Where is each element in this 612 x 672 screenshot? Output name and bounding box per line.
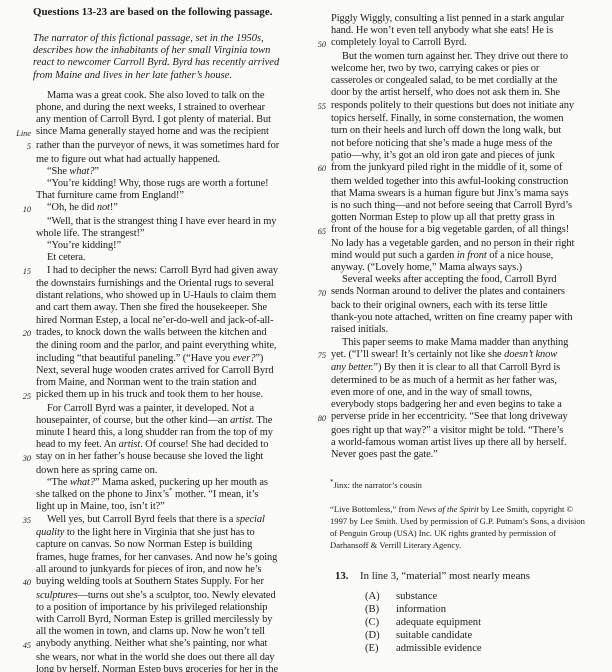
line-number [12, 501, 31, 513]
passage-line: phone, and during the next weeks, I stra… [12, 102, 308, 114]
passage-line: distant relations, who showed up in U-Ha… [12, 290, 308, 302]
line-number [307, 250, 326, 262]
line-number [12, 190, 31, 202]
question-stem: In line 3, “material” most nearly means [360, 570, 530, 582]
line-text: Several weeks after accepting the food, … [326, 274, 557, 286]
choice-label: (A) [365, 590, 396, 603]
line-text: door by the artist herself, who does not… [326, 87, 560, 99]
line-number: 55 [307, 100, 326, 114]
passage-line: hand. He won’t even tell anybody what sh… [307, 25, 610, 37]
choice-label: (B) [365, 603, 396, 616]
passage-line: anyway. (“Lovely home,” Mama always says… [307, 262, 610, 274]
passage-line: housepainter, of course, but the other k… [12, 415, 308, 427]
line-number: 25 [12, 389, 31, 403]
choice-label: (E) [365, 642, 396, 655]
passage-line: Piggly Wiggly, consulting a list penned … [307, 13, 610, 25]
line-text: determined to be as much of a hermit as … [326, 375, 557, 387]
line-text: she wears, nor what in the world she doe… [31, 652, 275, 664]
line-number [307, 425, 326, 437]
line-text: whole life. The strangest!” [31, 228, 144, 240]
passage-line: 55responds politely to their questions b… [307, 100, 610, 114]
passage-lines-left: Mama was a great cook. She also loved to… [12, 90, 308, 672]
passage-line: But the women turn against her. They dri… [307, 51, 610, 63]
line-number [12, 564, 31, 576]
passage-line: any better.”) By then it is clear to all… [307, 362, 610, 374]
line-text: raised initials. [326, 324, 388, 336]
line-number [12, 353, 31, 365]
passage-line: Several weeks after accepting the food, … [307, 274, 610, 286]
passage-line: me to figure out what had actually happe… [12, 154, 308, 166]
line-number: 75 [307, 349, 326, 363]
line-number [307, 262, 326, 274]
choice-text: adequate equipment [396, 616, 481, 629]
passage-line: “She what?” [12, 166, 308, 178]
line-number [12, 527, 31, 539]
passage-line: quality to the light here in Virginia th… [12, 527, 308, 539]
passage-line: goes right up that way?” a visitor might… [307, 425, 610, 437]
line-number [12, 315, 31, 327]
line-text: a world-famous woman artist lives up the… [326, 437, 566, 449]
line-text: thank-you note attached, written on fine… [326, 312, 572, 324]
line-text: housepainter, of course, but the other k… [31, 415, 272, 427]
line-number [12, 365, 31, 377]
line-number: 35 [12, 514, 31, 528]
passage-line: to a position of importance by his privi… [12, 602, 308, 614]
passage-line: patio—why, it’s got an old iron gate and… [307, 150, 610, 162]
answer-choice-d: (D)suitable candidate [365, 629, 610, 642]
line-text: from Maine, and Norman went to the train… [31, 377, 256, 389]
line-text: buying welding tools at Southern States … [31, 576, 264, 590]
passage-line: 20trades, to knock down the walls betwee… [12, 327, 308, 341]
line-number [307, 387, 326, 399]
line-number [12, 590, 31, 602]
line-text: even more of one, and in the way of smal… [326, 387, 532, 399]
passage-line: and cart them away. Then she fired the h… [12, 302, 308, 314]
passage-line: 75yet. (“I’ll swear! It’s certainly not … [307, 349, 610, 363]
line-number [12, 228, 31, 240]
passage-line: 45anybody anything. Neither what she’s p… [12, 638, 308, 652]
line-number [12, 154, 31, 166]
line-number [307, 176, 326, 188]
line-text: picked them up in his truck and took the… [31, 389, 263, 403]
line-text: casseroles or congealed salad, to be met… [326, 75, 557, 87]
line-number [12, 465, 31, 477]
line-number [12, 539, 31, 551]
passage-line: hired Norman Estep, a local ne’er-do-wel… [12, 315, 308, 327]
passage-line: 70sends Norman around to deliver the pla… [307, 286, 610, 300]
line-number [307, 300, 326, 312]
citation-line: of Penguin Group (USA) Inc. UK rights gr… [330, 527, 610, 539]
passage-line: mind would put such a garden in front of… [307, 250, 610, 262]
line-text: This paper seems to make Mama madder tha… [326, 337, 568, 349]
line-text: light up in Maine, too, isn’t it?” [31, 501, 165, 513]
line-text: from the junkyard piled right in the mid… [326, 162, 562, 176]
line-text: “She what?” [31, 166, 99, 178]
line-number [12, 626, 31, 638]
passage-line: a world-famous woman artist lives up the… [307, 437, 610, 449]
passage-line: is no such thing—and not before seeing t… [307, 200, 610, 212]
passage-line: back to their original owners, each with… [307, 300, 610, 312]
passage-line: Et cetera. [12, 252, 308, 264]
line-number [12, 602, 31, 614]
passage-line: that Mama swears is a human figure but J… [307, 188, 610, 200]
line-number: 45 [12, 638, 31, 652]
passage-line: turn on their heels and lurch off down t… [307, 125, 610, 137]
line-number [307, 75, 326, 87]
passage-line: 60from the junkyard piled right in the m… [307, 162, 610, 176]
line-number [307, 375, 326, 387]
citation-line: Darhansoff & Verrill Literary Agency. [330, 539, 610, 551]
line-number [307, 188, 326, 200]
line-text: to a position of importance by his privi… [31, 602, 267, 614]
line-text: Well yes, but Carroll Byrd feels that th… [31, 514, 265, 528]
passage-line: not before noticing that she’s made a hu… [307, 138, 610, 150]
line-number: 20 [12, 327, 31, 341]
line-text: completely loyal to Carroll Byrd. [326, 37, 467, 51]
passage-line: with Carroll Byrd, Norman Estep is grill… [12, 614, 308, 626]
intro-line: describes how the inhabitants of her sma… [33, 45, 308, 57]
passage-line: everybody stops badgering her and even b… [307, 399, 610, 411]
passage-line: down here as spring came on. [12, 465, 308, 477]
passage-line: For Carroll Byrd was a painter, it devel… [12, 403, 308, 415]
passage-line: she wears, nor what in the world she doe… [12, 652, 308, 664]
passage-line: all the women in town, and clams up. Now… [12, 626, 308, 638]
line-number [307, 138, 326, 150]
line-text: quality to the light here in Virginia th… [31, 527, 255, 539]
line-text: I had to decipher the news: Carroll Byrd… [31, 265, 278, 279]
passage-line: minute I heard this, a long shudder ran … [12, 427, 308, 439]
answer-choice-e: (E)admissible evidence [365, 642, 610, 655]
line-number [12, 614, 31, 626]
line-text: the dining room and the parlor, and pain… [31, 340, 276, 352]
line-text: since Mama generally stayed home and was… [31, 126, 269, 140]
choice-text: substance [396, 590, 437, 603]
line-number [12, 489, 31, 501]
passage-line: from Maine, and Norman went to the train… [12, 377, 308, 389]
line-number [307, 437, 326, 449]
answer-choice-c: (C)adequate equipment [365, 616, 610, 629]
line-text: distant relations, who showed up in U-Ha… [31, 290, 276, 302]
passage-line: 80perverse pride in her eccentricity. “S… [307, 411, 610, 425]
passage-line: 5rather than the purveyor of news, it wa… [12, 140, 308, 154]
line-number [12, 114, 31, 126]
line-number [307, 87, 326, 99]
passage-line: whole life. The strangest!” [12, 228, 308, 240]
citation-line: 1997 by Lee Smith. Used by permission of… [330, 515, 610, 527]
line-text: perverse pride in her eccentricity. “See… [326, 411, 568, 425]
line-text: trades, to knock down the walls between … [31, 327, 266, 341]
line-number: 60 [307, 162, 326, 176]
line-number [307, 150, 326, 162]
passage-column-right: Piggly Wiggly, consulting a list penned … [307, 5, 610, 655]
choice-text: suitable candidate [396, 629, 472, 642]
passage-line: them welded together into this awful-loo… [307, 176, 610, 188]
line-number [307, 324, 326, 336]
passage-line: gotten Norman Estep to plow up all that … [307, 212, 610, 224]
line-text: But the women turn against her. They dri… [326, 51, 568, 63]
passage-line: determined to be as much of a hermit as … [307, 375, 610, 387]
line-text: rather than the purveyor of news, it was… [31, 140, 279, 154]
passage-line: 30stay on in her father’s house because … [12, 451, 308, 465]
line-number: 10 [12, 202, 31, 216]
line-text: she talked on the phone to Jinx’s* mothe… [31, 489, 258, 501]
line-number: 5 [12, 140, 31, 154]
intro-line: The narrator of this fictional passage, … [33, 33, 308, 45]
choice-label: (C) [365, 616, 396, 629]
passage-line: head to my feet. An artist. Of course! S… [12, 439, 308, 451]
line-number [307, 125, 326, 137]
line-text: the downstairs furnishings and the Orien… [31, 278, 274, 290]
passage-line: frames, huge frames, for her canvases. A… [12, 552, 308, 564]
passage-intro: The narrator of this fictional passage, … [33, 33, 308, 82]
line-number [307, 238, 326, 250]
passage-line: long by herself. Norman Estep buys groce… [12, 664, 308, 672]
intro-line: react to newcomer Carroll Byrd. Byrd has… [33, 57, 308, 69]
line-number [12, 664, 31, 672]
line-text: and cart them away. Then she fired the h… [31, 302, 267, 314]
line-number [12, 216, 31, 228]
passage-column-left: Questions 13-23 are based on the followi… [12, 6, 308, 672]
line-text: all around to junkyards for pieces of ir… [31, 564, 262, 576]
line-text: Et cetera. [31, 252, 85, 264]
passage-line: 50completely loyal to Carroll Byrd. [307, 37, 610, 51]
passage-line: 25picked them up in his truck and took t… [12, 389, 308, 403]
line-text: anybody anything. Neither what she’s pai… [31, 638, 267, 652]
line-number [307, 399, 326, 411]
passage-line: welcome her, two by two, carrying cakes … [307, 63, 610, 75]
answer-choices: (A)substance(B)information(C)adequate eq… [365, 590, 610, 655]
passage-line: 15I had to decipher the news: Carroll By… [12, 265, 308, 279]
passage-line: she talked on the phone to Jinx’s* mothe… [12, 489, 308, 501]
line-text: “Oh, he did not!” [31, 202, 118, 216]
line-text: head to my feet. An artist. Of course! S… [31, 439, 268, 451]
passage-line: Mama was a great cook. She also loved to… [12, 90, 308, 102]
line-number [307, 63, 326, 75]
line-text: long by herself. Norman Estep buys groce… [31, 664, 278, 672]
line-text: “You’re kidding!” [31, 240, 121, 252]
passage-line: including “that beautiful paneling.” (“H… [12, 353, 308, 365]
line-number [12, 90, 31, 102]
passage-line: door by the artist herself, who does not… [307, 87, 610, 99]
passage-line: all around to junkyards for pieces of ir… [12, 564, 308, 576]
passage-line: topics herself. Finally, in some conster… [307, 113, 610, 125]
line-number: 50 [307, 37, 326, 51]
answer-choice-a: (A)substance [365, 590, 610, 603]
line-number [12, 252, 31, 264]
line-number [12, 415, 31, 427]
line-text: For Carroll Byrd was a painter, it devel… [31, 403, 254, 415]
line-number [12, 278, 31, 290]
line-text: front of the house for a big vegetable g… [326, 224, 569, 238]
line-number [12, 652, 31, 664]
passage-line: any mention of Carroll Byrd. I got plent… [12, 114, 308, 126]
line-text: mind would put such a garden in front of… [326, 250, 553, 262]
line-text: gotten Norman Estep to plow up all that … [326, 212, 555, 224]
line-number [12, 552, 31, 564]
passage-header: Questions 13-23 are based on the followi… [33, 6, 308, 18]
question-13: 13. In line 3, “material” most nearly me… [335, 570, 610, 655]
passage-line: the dining room and the parlor, and pain… [12, 340, 308, 352]
line-number [307, 212, 326, 224]
passage-line: the downstairs furnishings and the Orien… [12, 278, 308, 290]
line-number [12, 427, 31, 439]
line-text: turn on their heels and lurch off down t… [326, 125, 561, 137]
passage-line: “Well, that is the strangest thing I hav… [12, 216, 308, 228]
line-number: 30 [12, 451, 31, 465]
line-text: welcome her, two by two, carrying cakes … [326, 63, 539, 75]
line-number: 40 [12, 576, 31, 590]
line-text: patio—why, it’s got an old iron gate and… [326, 150, 555, 162]
line-text: responds politely to their questions but… [326, 100, 574, 114]
line-text: Piggly Wiggly, consulting a list penned … [326, 13, 564, 25]
passage-line: 10“Oh, he did not!” [12, 202, 308, 216]
line-number [12, 102, 31, 114]
line-text: hand. He won’t even tell anybody what sh… [326, 25, 553, 37]
line-text: phone, and during the next weeks, I stra… [31, 102, 265, 114]
line-text: any mention of Carroll Byrd. I got plent… [31, 114, 271, 126]
passage-line: “You’re kidding! Why, those rugs are wor… [12, 178, 308, 190]
line-text: “You’re kidding! Why, those rugs are wor… [31, 178, 269, 190]
line-number [12, 377, 31, 389]
passage-line: Next, several huge wooden crates arrived… [12, 365, 308, 377]
passage-line: raised initials. [307, 324, 610, 336]
passage-lines-right: Piggly Wiggly, consulting a list penned … [307, 13, 610, 461]
line-number [307, 25, 326, 37]
line-text: Mama was a great cook. She also loved to… [31, 90, 264, 102]
passage-line: 65front of the house for a big vegetable… [307, 224, 610, 238]
line-text: stay on in her father’s house because sh… [31, 451, 263, 465]
line-number [12, 439, 31, 451]
line-text: not before noticing that she’s made a hu… [326, 138, 552, 150]
intro-line: from Maine and lives in her late father’… [33, 70, 308, 82]
line-number: 70 [307, 286, 326, 300]
line-number [12, 240, 31, 252]
line-text: is no such thing—and not before seeing t… [326, 200, 572, 212]
passage-line: Never goes past the gate.” [307, 449, 610, 461]
line-number [307, 362, 326, 374]
passage-line: 40buying welding tools at Southern State… [12, 576, 308, 590]
passage-line: thank-you note attached, written on fine… [307, 312, 610, 324]
line-text: yet. (“I’ll swear! It’s certainly not li… [326, 349, 557, 363]
line-text: “Well, that is the strangest thing I hav… [31, 216, 276, 228]
line-number [307, 200, 326, 212]
passage-footnote: *Jinx: the narrator’s cousin [330, 480, 610, 490]
line-text: down here as spring came on. [31, 465, 157, 477]
line-text: with Carroll Byrd, Norman Estep is grill… [31, 614, 272, 626]
scanned-test-page: Questions 13-23 are based on the followi… [0, 0, 612, 672]
line-text: That furniture came from England!” [31, 190, 184, 202]
line-number [307, 113, 326, 125]
question-stem-row: 13. In line 3, “material” most nearly me… [335, 570, 610, 582]
line-text: back to their original owners, each with… [326, 300, 547, 312]
line-text: including “that beautiful paneling.” (“H… [31, 353, 263, 365]
passage-line: Linesince Mama generally stayed home and… [12, 126, 308, 140]
line-text: me to figure out what had actually happe… [31, 154, 220, 166]
choice-label: (D) [365, 629, 396, 642]
line-number: 65 [307, 224, 326, 238]
line-text: them welded together into this awful-loo… [326, 176, 568, 188]
passage-line: even more of one, and in the way of smal… [307, 387, 610, 399]
passage-line: capture on canvas. So now Norman Estep i… [12, 539, 308, 551]
line-text: sculptures—turns out she’s a sculptor, t… [31, 590, 276, 602]
passage-line: “You’re kidding!” [12, 240, 308, 252]
line-text: topics herself. Finally, in some conster… [326, 113, 564, 125]
line-number [307, 274, 326, 286]
line-text: Never goes past the gate.” [326, 449, 438, 461]
line-number [12, 178, 31, 190]
line-text: Next, several huge wooden crates arrived… [31, 365, 274, 377]
passage-line: sculptures—turns out she’s a sculptor, t… [12, 590, 308, 602]
line-text: minute I heard this, a long shudder ran … [31, 427, 273, 439]
line-text: all the women in town, and clams up. Now… [31, 626, 265, 638]
passage-line: “The what?” Mama asked, puckering up her… [12, 477, 308, 489]
line-number [12, 302, 31, 314]
line-number [12, 477, 31, 489]
line-number [12, 166, 31, 178]
passage-line: No lady has a vegetable garden, and no p… [307, 238, 610, 250]
line-number [12, 340, 31, 352]
answer-choice-b: (B)information [365, 603, 610, 616]
line-number [307, 13, 326, 25]
line-number: Line [12, 126, 31, 140]
line-text: everybody stops badgering her and even b… [326, 399, 562, 411]
citation-line: “Live Bottomless,” from News of the Spir… [330, 503, 610, 515]
choice-text: information [396, 603, 446, 616]
line-number [307, 312, 326, 324]
line-number [307, 337, 326, 349]
passage-citation: “Live Bottomless,” from News of the Spir… [330, 503, 610, 551]
passage-line: That furniture came from England!” [12, 190, 308, 202]
line-text: No lady has a vegetable garden, and no p… [326, 238, 574, 250]
line-text: “The what?” Mama asked, puckering up her… [31, 477, 268, 489]
line-text: hired Norman Estep, a local ne’er-do-wel… [31, 315, 274, 327]
line-text: capture on canvas. So now Norman Estep i… [31, 539, 252, 551]
line-text: that Mama swears is a human figure but J… [326, 188, 568, 200]
passage-line: This paper seems to make Mama madder tha… [307, 337, 610, 349]
line-number: 80 [307, 411, 326, 425]
line-text: anyway. (“Lovely home,” Mama always says… [326, 262, 522, 274]
line-text: goes right up that way?” a visitor might… [326, 425, 563, 437]
passage-line: light up in Maine, too, isn’t it?” [12, 501, 308, 513]
line-text: sends Norman around to deliver the plate… [326, 286, 565, 300]
line-number [12, 403, 31, 415]
line-number [12, 290, 31, 302]
line-number: 15 [12, 265, 31, 279]
line-number [307, 449, 326, 461]
line-number [307, 51, 326, 63]
passage-line: 35Well yes, but Carroll Byrd feels that … [12, 514, 308, 528]
choice-text: admissible evidence [396, 642, 482, 655]
question-number: 13. [335, 570, 360, 582]
passage-line: casseroles or congealed salad, to be met… [307, 75, 610, 87]
line-text: any better.”) By then it is clear to all… [326, 362, 560, 374]
line-text: frames, huge frames, for her canvases. A… [31, 552, 277, 564]
